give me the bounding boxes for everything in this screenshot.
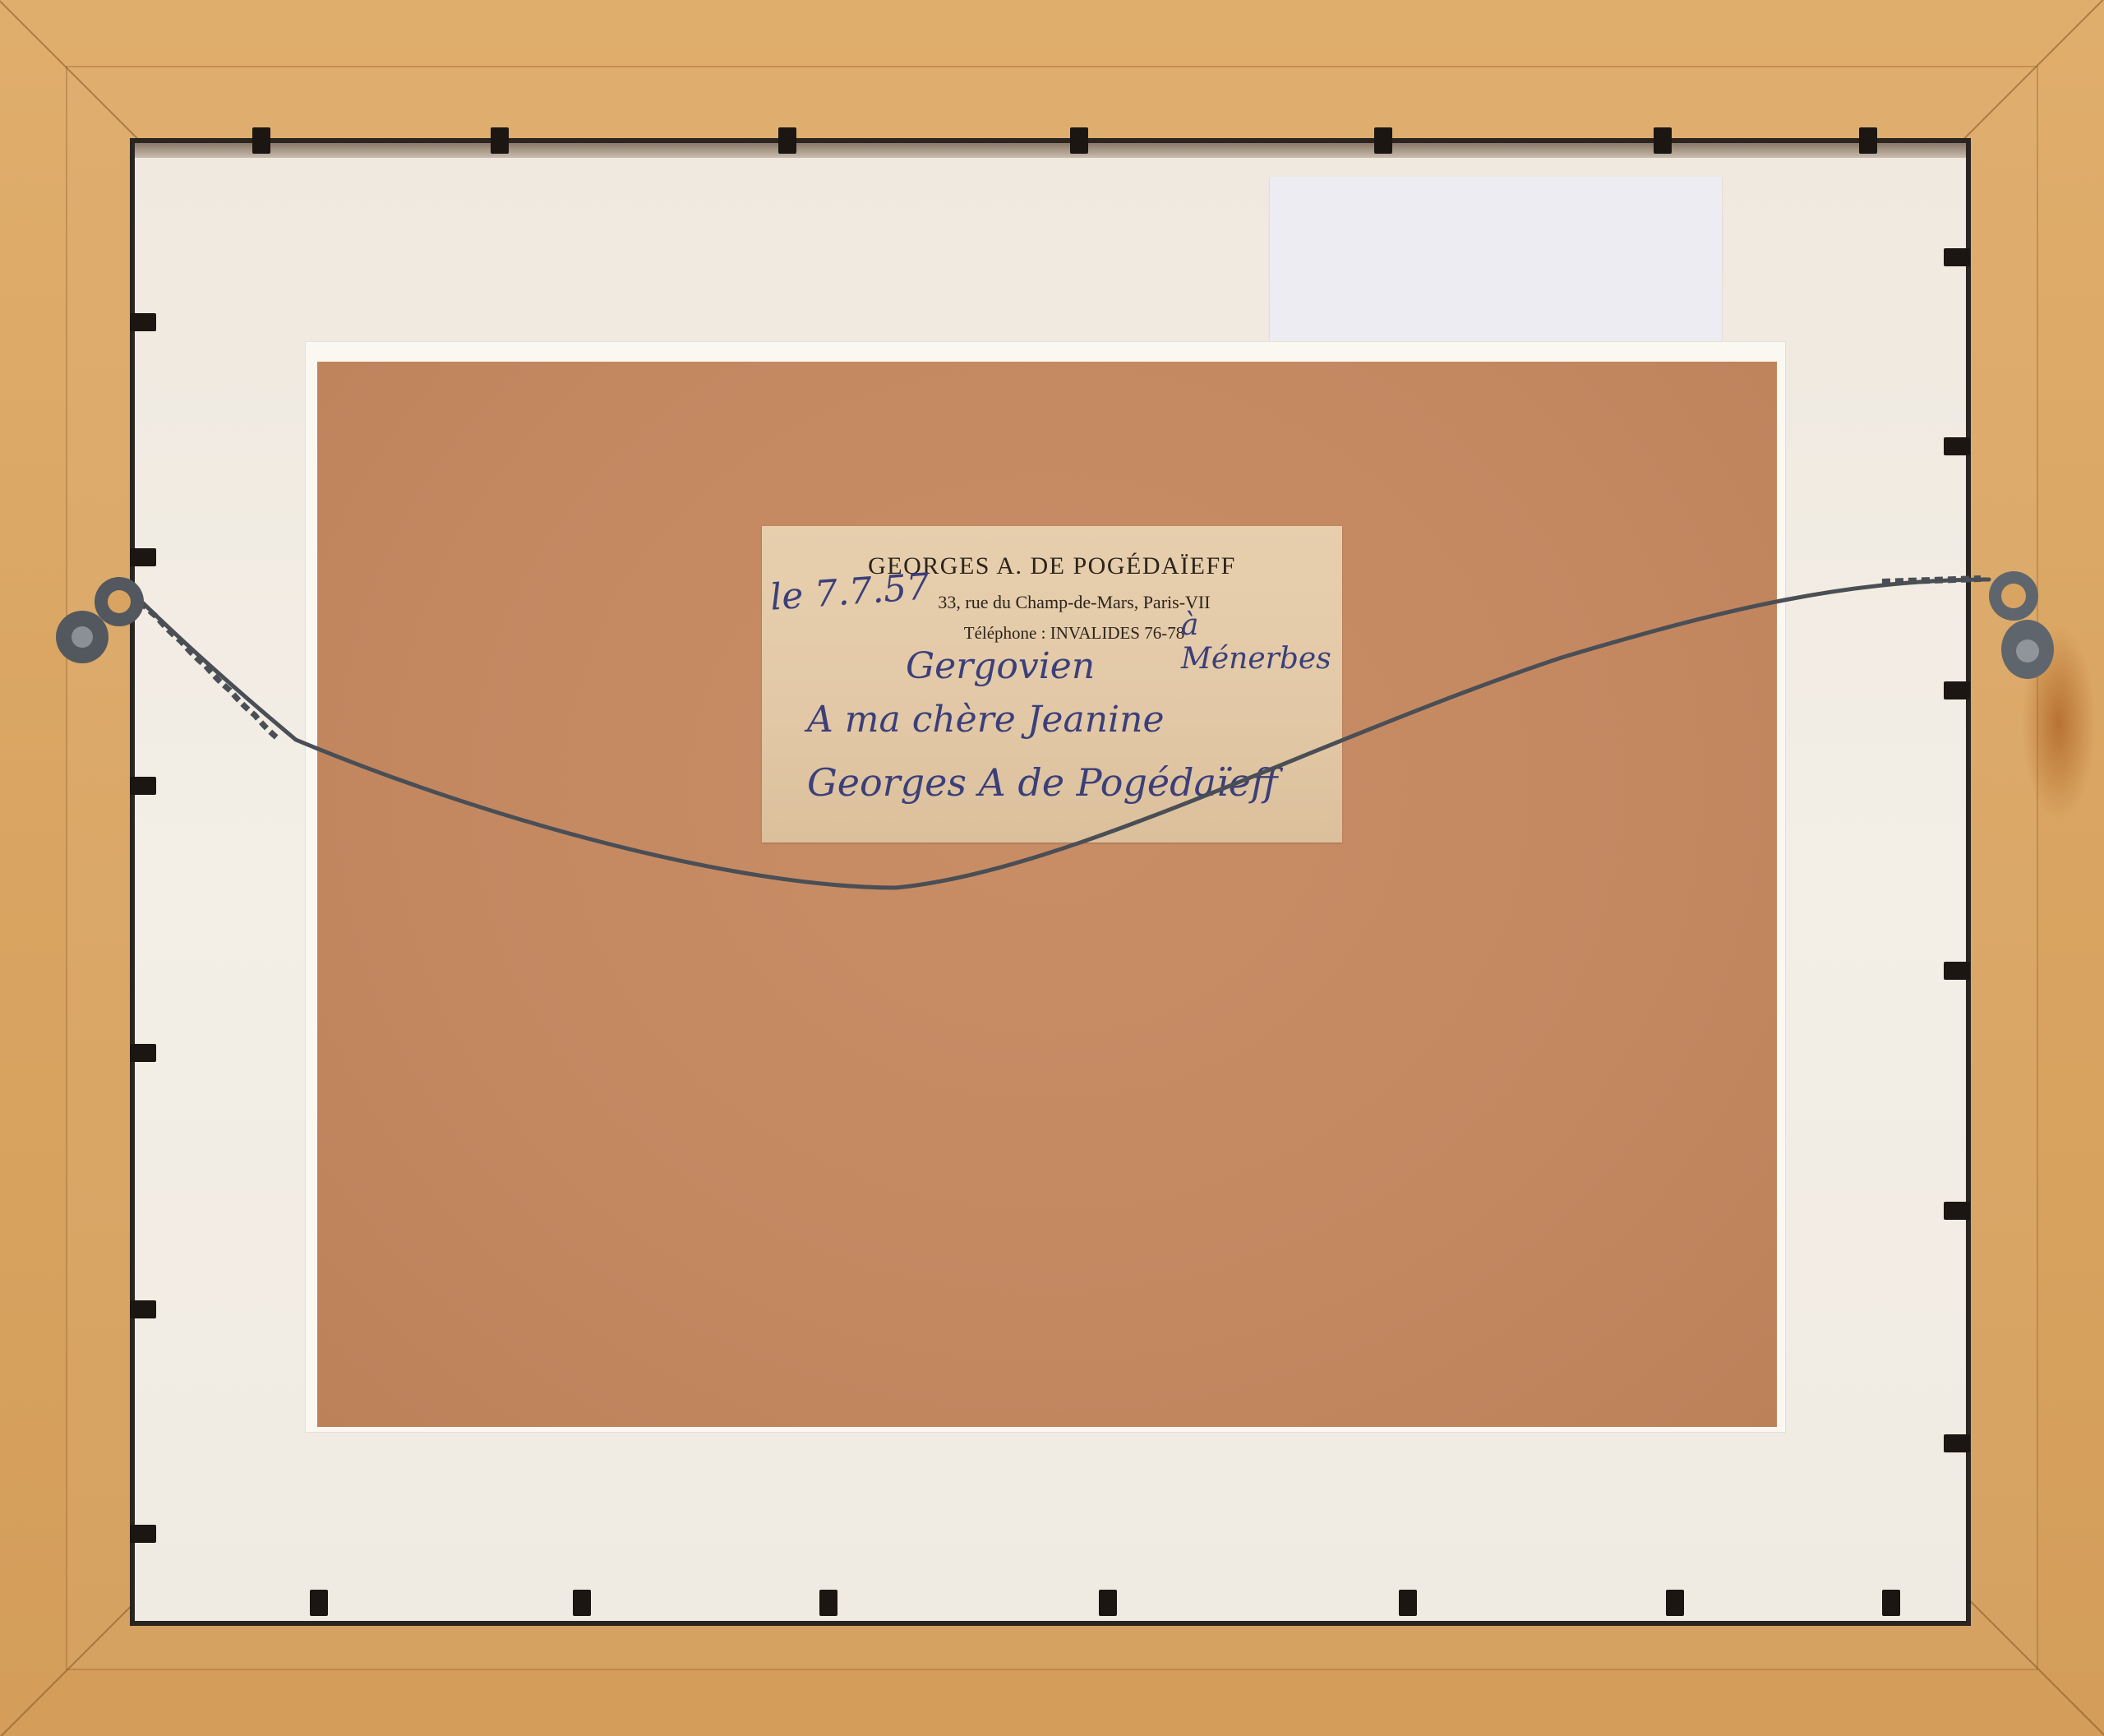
d-ring-hanger-left: [49, 567, 156, 666]
screw-icon: [72, 626, 93, 648]
d-ring-hanger-right: [1977, 559, 2059, 682]
screw-icon: [2016, 639, 2039, 663]
hanging-wire: [0, 0, 2104, 1736]
